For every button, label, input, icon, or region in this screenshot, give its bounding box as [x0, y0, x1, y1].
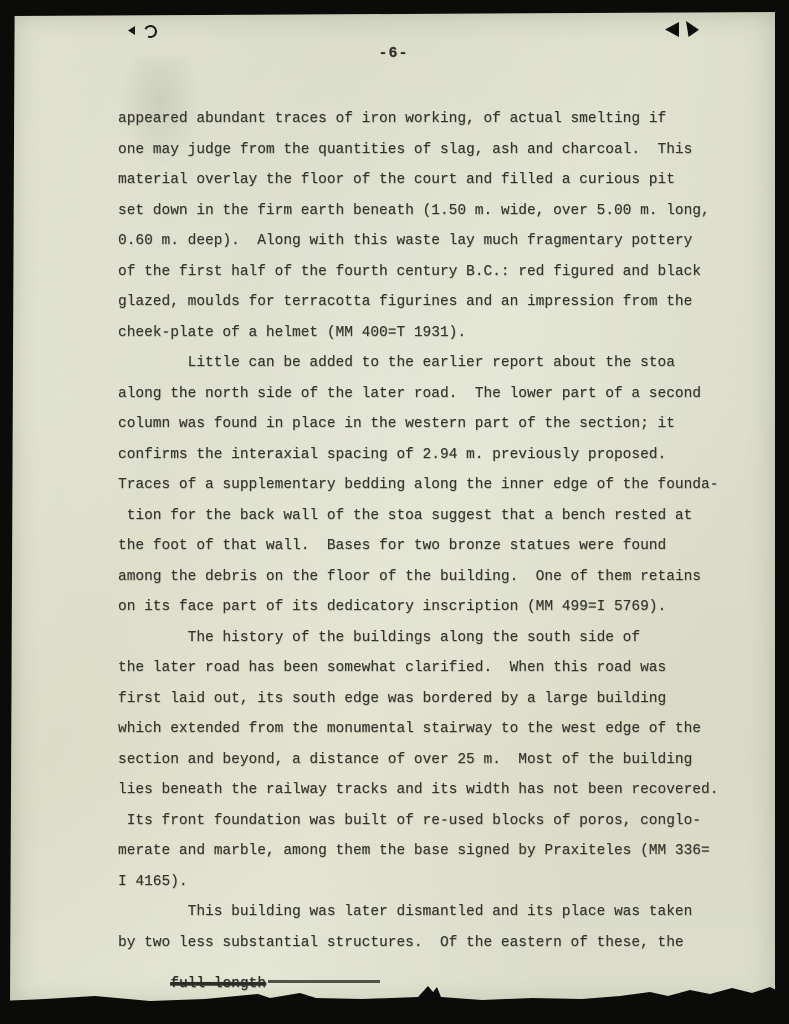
text-line: Traces of a supplementary bedding along …	[118, 470, 738, 501]
text-line: column was found in place in the western…	[118, 409, 738, 440]
text-line: merate and marble, among them the base s…	[118, 836, 738, 867]
text-line: one may judge from the quantities of sla…	[118, 135, 738, 166]
struck-text: full length	[170, 976, 266, 992]
text-line: lies beneath the railway tracks and its …	[118, 775, 738, 806]
text-line: along the north side of the later road. …	[118, 379, 738, 410]
text-line: the later road has been somewhat clarifi…	[118, 653, 738, 684]
punch-hole-icon	[686, 21, 699, 37]
text-line: by two less substantial structures. Of t…	[118, 928, 738, 959]
text-line: the foot of that wall. Bases for two bro…	[118, 531, 738, 562]
background-edge	[775, 0, 789, 1024]
punch-hole-icon	[665, 22, 679, 37]
text-line: set down in the firm earth beneath (1.50…	[118, 196, 738, 227]
document-page: -6- appeared abundant traces of iron wor…	[10, 12, 777, 1007]
text-line: on its face part of its dedicatory inscr…	[118, 592, 738, 623]
text-line: of the first half of the fourth century …	[118, 257, 738, 288]
text-line: first laid out, its south edge was borde…	[118, 684, 738, 715]
stray-mark-icon	[128, 26, 135, 35]
text-line: appeared abundant traces of iron working…	[118, 104, 738, 135]
text-line: which extended from the monumental stair…	[118, 714, 738, 745]
text-line: This building was later dismantled and i…	[118, 897, 738, 928]
strike-line	[268, 980, 380, 983]
text-line: cheek-plate of a helmet (MM 400=T 1931).	[118, 318, 738, 349]
text-line: Little can be added to the earlier repor…	[118, 348, 738, 379]
text-line: material overlay the floor of the court …	[118, 165, 738, 196]
text-line: tion for the back wall of the stoa sugge…	[118, 501, 738, 532]
text-line: I 4165).	[118, 867, 738, 898]
page-number: -6-	[10, 45, 777, 62]
scanned-document-photo: -6- appeared abundant traces of iron wor…	[0, 0, 789, 1024]
typewritten-body: appeared abundant traces of iron working…	[118, 104, 738, 958]
stray-mark-icon	[142, 23, 159, 40]
text-line: glazed, moulds for terracotta figurines …	[118, 287, 738, 318]
text-line: section and beyond, a distance of over 2…	[118, 745, 738, 776]
text-line: Its front foundation was built of re-use…	[118, 806, 738, 837]
text-line: among the debris on the floor of the bui…	[118, 562, 738, 593]
text-line: 0.60 m. deep). Along with this waste lay…	[118, 226, 738, 257]
text-line: confirms the interaxial spacing of 2.94 …	[118, 440, 738, 471]
text-line: The history of the buildings along the s…	[118, 623, 738, 654]
